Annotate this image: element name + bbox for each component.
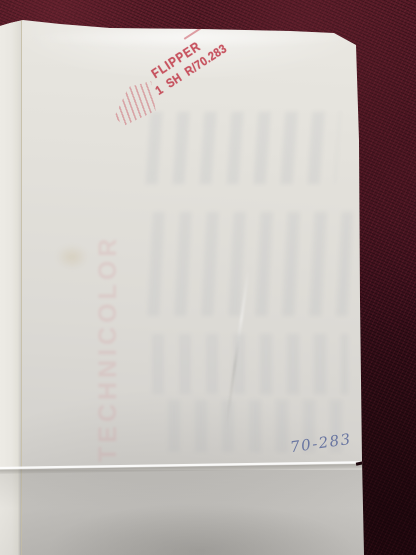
poster-back-sheet: TECHNICOLOR FLIPPER 1 SH R/70.283 70-283: [0, 0, 416, 555]
below-fold-shading: [0, 470, 364, 555]
photo-scene: TECHNICOLOR FLIPPER 1 SH R/70.283 70-283: [0, 0, 416, 555]
bleedthrough-title-row: [147, 212, 352, 316]
bleedthrough-technicolor-text: TECHNICOLOR: [94, 152, 132, 462]
bleedthrough-title-row: [145, 112, 340, 184]
bleedthrough-title-row: [152, 334, 348, 394]
paper-stain: [52, 242, 92, 272]
